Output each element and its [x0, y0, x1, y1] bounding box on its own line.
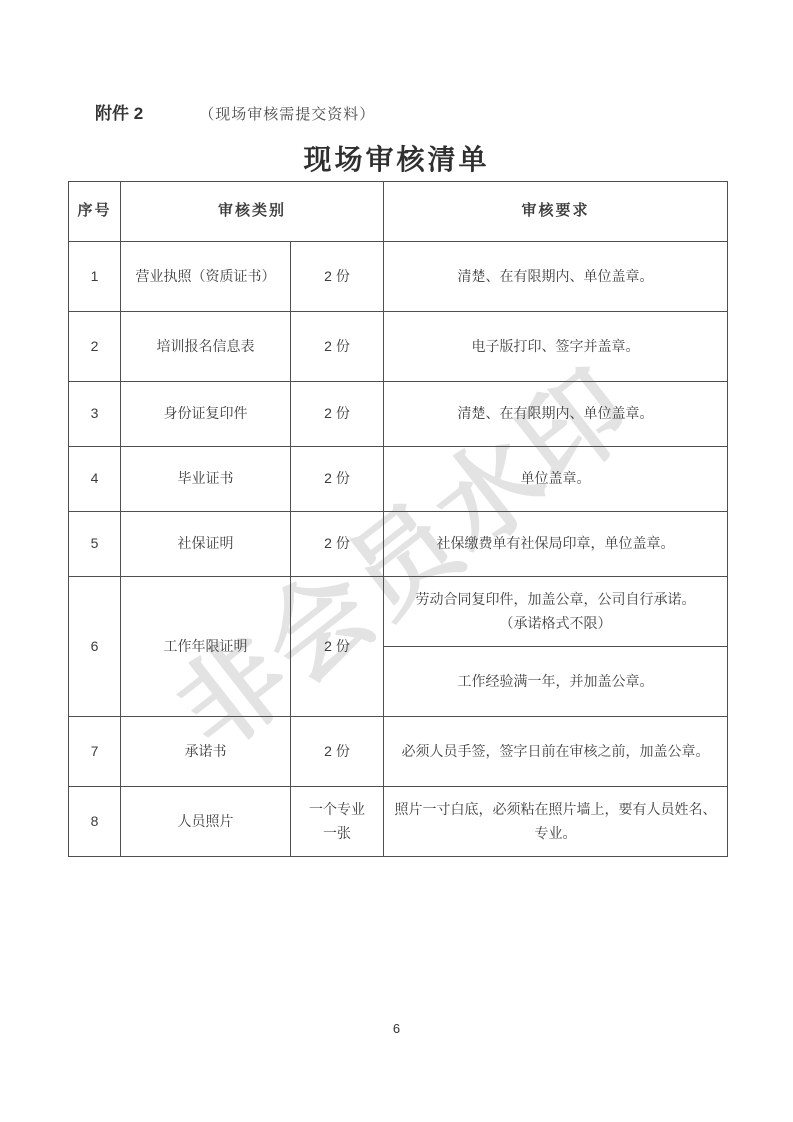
- table-row: 5 社保证明 2 份 社保缴费单有社保局印章，单位盖章。: [69, 512, 728, 577]
- row-requirement: 照片一寸白底，必须粘在照片墙上，要有人员姓名、专业。: [384, 787, 728, 857]
- row-quantity: 2 份: [291, 242, 384, 312]
- row-requirement: 社保缴费单有社保局印章，单位盖章。: [384, 512, 728, 577]
- table-row: 4 毕业证书 2 份 单位盖章。: [69, 447, 728, 512]
- table-header-row: 序号 审核类别 审核要求: [69, 182, 728, 242]
- row-quantity: 2 份: [291, 447, 384, 512]
- row-category: 培训报名信息表: [121, 312, 291, 382]
- attachment-note: （现场审核需提交资料）: [199, 106, 375, 123]
- row-category: 承诺书: [121, 717, 291, 787]
- header-category: 审核类别: [121, 182, 384, 242]
- row-quantity: 2 份: [291, 382, 384, 447]
- requirement-line-2: （承诺格式不限）: [392, 612, 719, 635]
- row-requirement: 电子版打印、签字并盖章。: [384, 312, 728, 382]
- quantity-line-2: 一张: [299, 822, 375, 845]
- header-requirement: 审核要求: [384, 182, 728, 242]
- row-quantity: 2 份: [291, 512, 384, 577]
- row-requirement: 清楚、在有限期内、单位盖章。: [384, 382, 728, 447]
- row-quantity: 2 份: [291, 577, 384, 717]
- audit-checklist-table: 序号 审核类别 审核要求 1 营业执照（资质证书） 2 份 清楚、在有限期内、单…: [68, 181, 728, 857]
- row-no: 2: [69, 312, 121, 382]
- row-no: 7: [69, 717, 121, 787]
- table-row: 8 人员照片 一个专业 一张 照片一寸白底，必须粘在照片墙上，要有人员姓名、专业…: [69, 787, 728, 857]
- quantity-line-1: 一个专业: [299, 798, 375, 821]
- attachment-label: 附件 2: [95, 104, 143, 123]
- row-category: 毕业证书: [121, 447, 291, 512]
- row-quantity: 2 份: [291, 312, 384, 382]
- row-no: 8: [69, 787, 121, 857]
- row-category: 工作年限证明: [121, 577, 291, 717]
- row-category: 身份证复印件: [121, 382, 291, 447]
- row-category: 营业执照（资质证书）: [121, 242, 291, 312]
- attachment-header: 附件 2（现场审核需提交资料）: [95, 99, 375, 124]
- row-category: 社保证明: [121, 512, 291, 577]
- row-requirement-top: 劳动合同复印件，加盖公章，公司自行承诺。 （承诺格式不限）: [384, 577, 728, 647]
- row-requirement: 必须人员手签，签字日前在审核之前，加盖公章。: [384, 717, 728, 787]
- table-row: 2 培训报名信息表 2 份 电子版打印、签字并盖章。: [69, 312, 728, 382]
- header-no: 序号: [69, 182, 121, 242]
- row-category: 人员照片: [121, 787, 291, 857]
- row-requirement: 清楚、在有限期内、单位盖章。: [384, 242, 728, 312]
- row-requirement: 单位盖章。: [384, 447, 728, 512]
- table-row: 3 身份证复印件 2 份 清楚、在有限期内、单位盖章。: [69, 382, 728, 447]
- table-row: 6 工作年限证明 2 份 劳动合同复印件，加盖公章，公司自行承诺。 （承诺格式不…: [69, 577, 728, 647]
- page-number: 6: [0, 1021, 793, 1036]
- row-requirement-bottom: 工作经验满一年，并加盖公章。: [384, 647, 728, 717]
- row-no: 5: [69, 512, 121, 577]
- row-no: 6: [69, 577, 121, 717]
- row-quantity: 2 份: [291, 717, 384, 787]
- row-no: 1: [69, 242, 121, 312]
- row-no: 3: [69, 382, 121, 447]
- document-page: { "page": { "attachment_label": "附件 2", …: [0, 0, 793, 1122]
- table-row: 7 承诺书 2 份 必须人员手签，签字日前在审核之前，加盖公章。: [69, 717, 728, 787]
- row-no: 4: [69, 447, 121, 512]
- page-title: 现场审核清单: [0, 138, 793, 178]
- table-row: 1 营业执照（资质证书） 2 份 清楚、在有限期内、单位盖章。: [69, 242, 728, 312]
- row-quantity: 一个专业 一张: [291, 787, 384, 857]
- requirement-line-1: 劳动合同复印件，加盖公章，公司自行承诺。: [392, 588, 719, 611]
